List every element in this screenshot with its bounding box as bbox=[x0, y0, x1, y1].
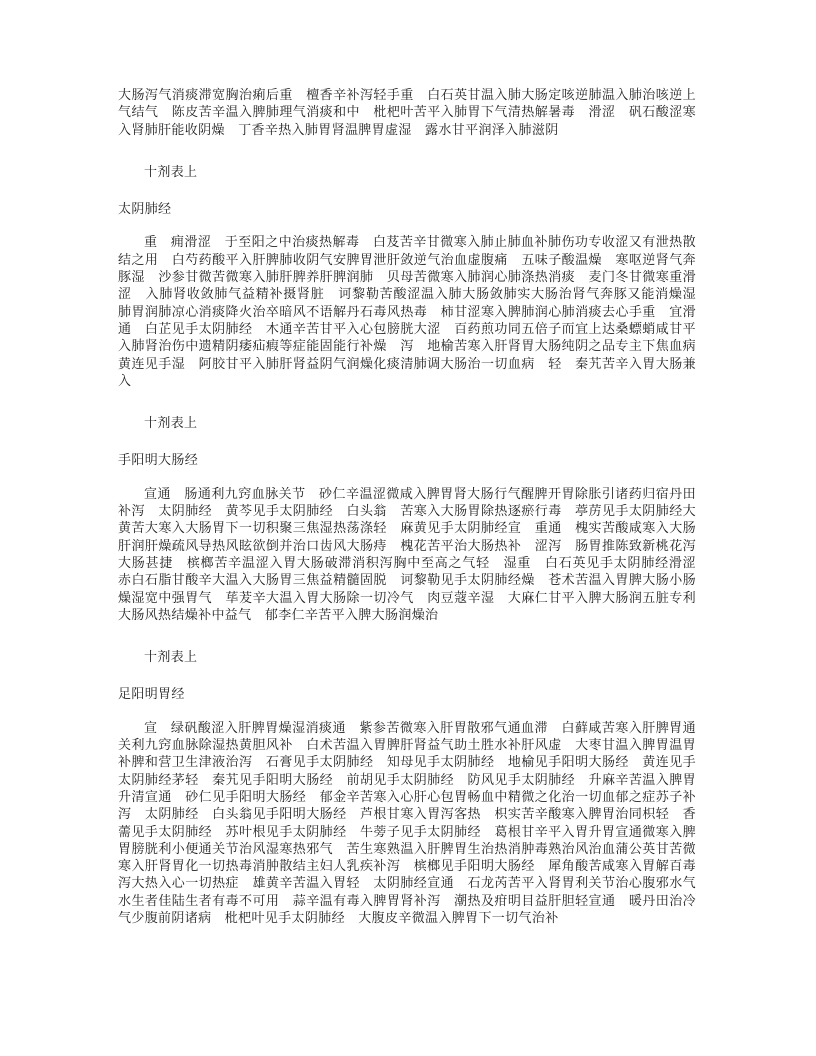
paragraph-foot-yangming-stomach-meridian: 宣 绿矾酸涩入肝脾胃燥湿消痰通 紫参苦微寒入肝胃散邪气通血滞 白藓咸苦寒入肝脾胃… bbox=[118, 719, 696, 927]
subheading-taiyin-lung-meridian: 太阴肺经 bbox=[118, 200, 696, 217]
heading-ten-formulas-table-1: 十剂表上 bbox=[118, 163, 696, 180]
subheading-hand-yangming-large-intestine-meridian: 手阳明大肠经 bbox=[118, 451, 696, 468]
subheading-foot-yangming-stomach-meridian: 足阳明胃经 bbox=[118, 685, 696, 702]
document-page: 大肠泻气消痰滞宽胸治痢后重 檀香辛补泻轻手重 白石英甘温入肺大肠定咳逆肺温入肺治… bbox=[0, 0, 816, 1056]
paragraph-hand-yangming-large-intestine-meridian: 宣通 肠通利九窍血脉关节 砂仁辛温涩微咸入脾胃肾大肠行气醒脾开胃除胀引诸药归宿丹… bbox=[118, 485, 696, 623]
heading-ten-formulas-table-2: 十剂表上 bbox=[118, 414, 696, 431]
paragraph-taiyin-lung-meridian: 重 痈滑涩 于至阳之中治痰热解毒 白芨苦辛甘微寒入肺止肺血补肺伤功专收涩又有泄热… bbox=[118, 233, 696, 389]
paragraph-lung-meridian-continuation: 大肠泻气消痰滞宽胸治痢后重 檀香辛补泻轻手重 白石英甘温入肺大肠定咳逆肺温入肺治… bbox=[118, 86, 696, 138]
heading-ten-formulas-table-3: 十剂表上 bbox=[118, 648, 696, 665]
page-text-content: 大肠泻气消痰滞宽胸治痢后重 檀香辛补泻轻手重 白石英甘温入肺大肠定咳逆肺温入肺治… bbox=[118, 86, 696, 926]
